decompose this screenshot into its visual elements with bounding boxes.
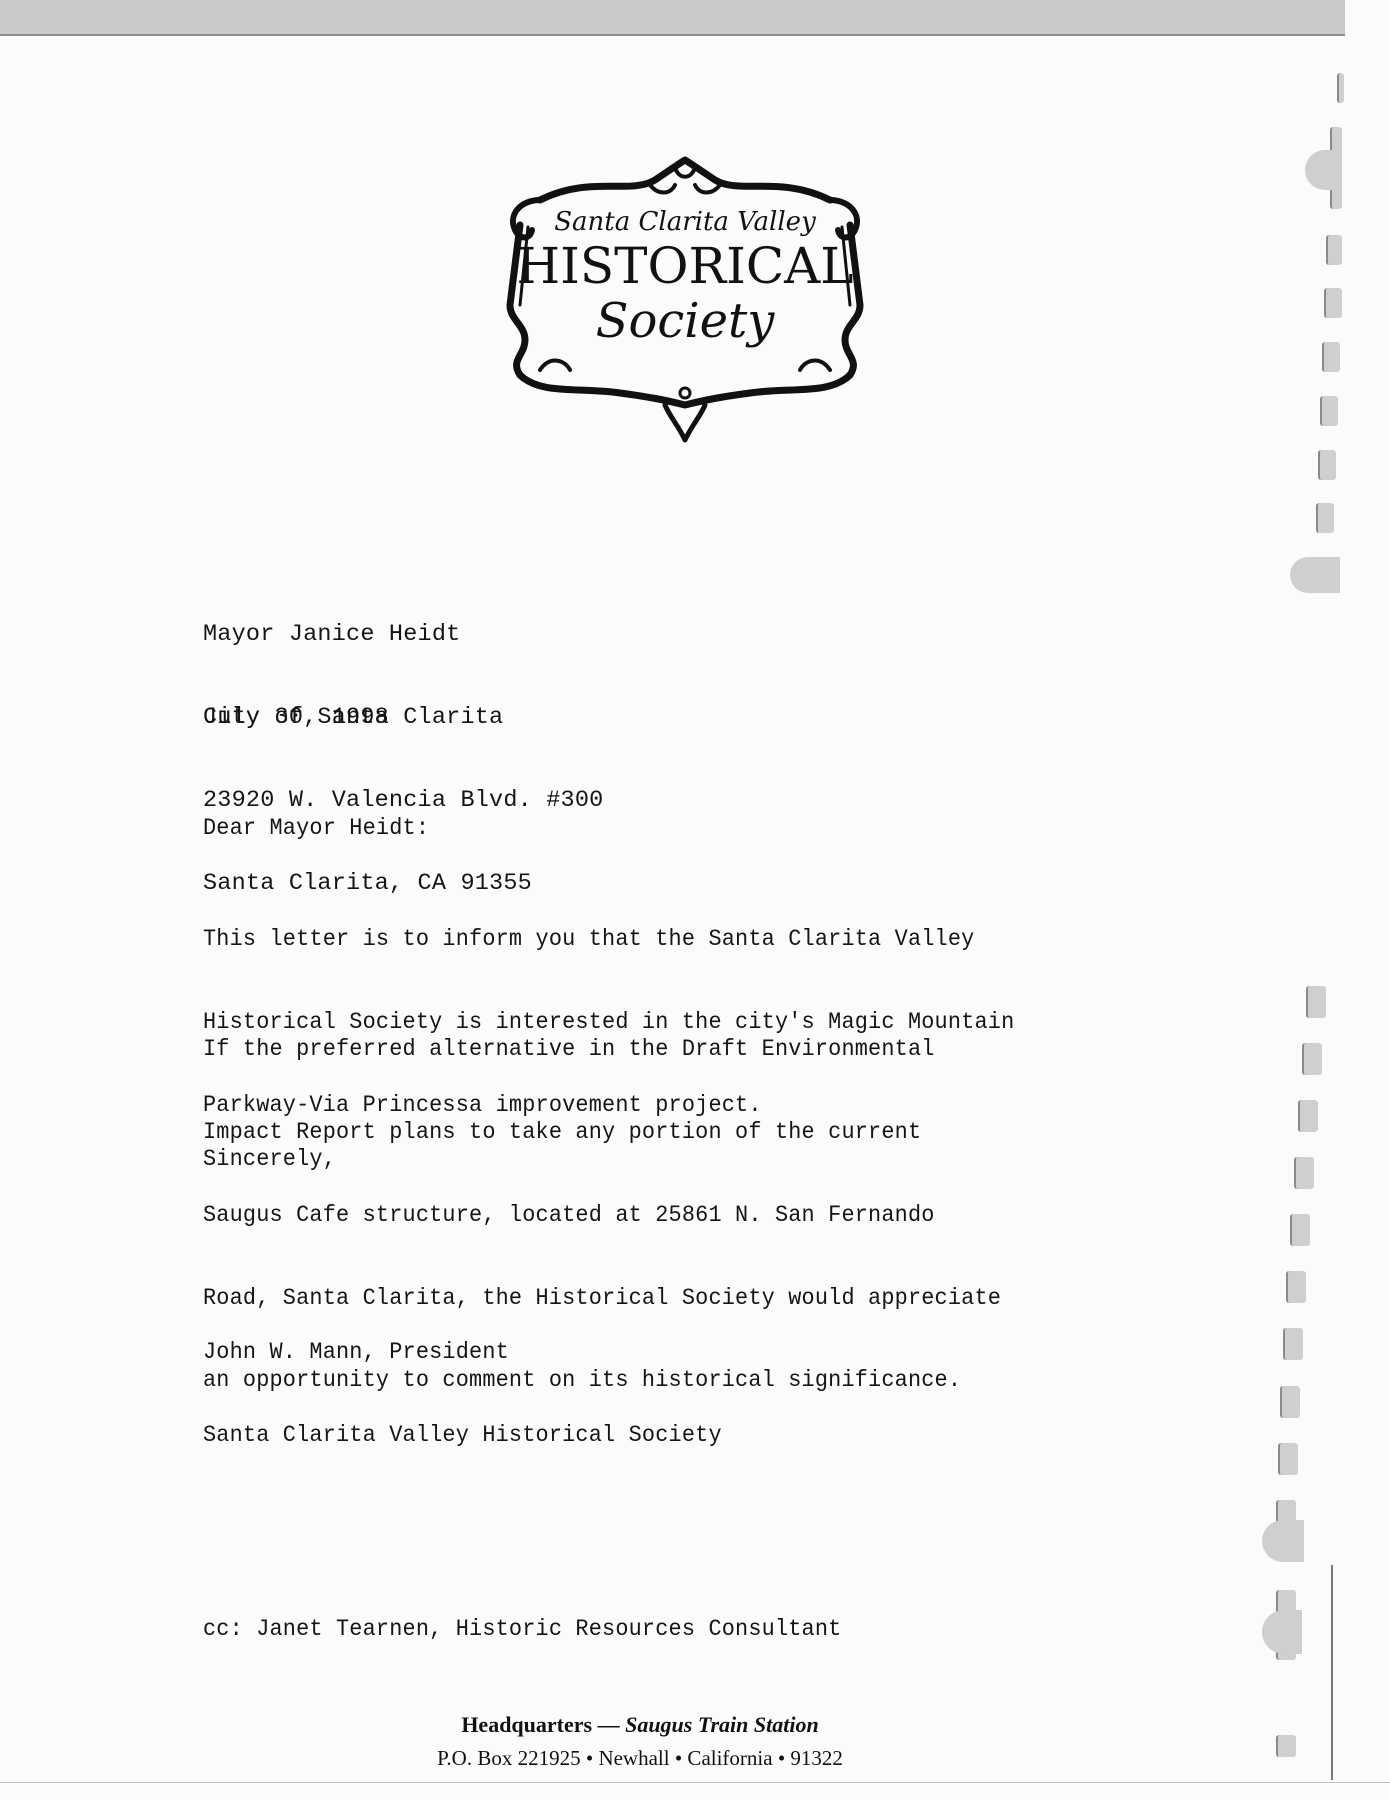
paragraph-line: If the preferred alternative in the Draf… bbox=[203, 1036, 1001, 1064]
binder-hole-icon bbox=[1322, 342, 1340, 372]
recipient-name: Mayor Janice Heidt bbox=[203, 621, 603, 649]
binder-tab-icon bbox=[1305, 150, 1340, 190]
binder-hole-icon bbox=[1283, 1328, 1303, 1360]
binder-hole-icon bbox=[1294, 1157, 1314, 1189]
binder-hole-icon bbox=[1326, 235, 1342, 265]
binder-hole-icon bbox=[1302, 1043, 1322, 1075]
page-edge-line bbox=[1331, 1565, 1333, 1780]
salutation: Dear Mayor Heidt: bbox=[203, 815, 429, 843]
recipient-street: 23920 W. Valencia Blvd. #300 bbox=[203, 787, 603, 815]
paragraph-line: This letter is to inform you that the Sa… bbox=[203, 926, 1014, 954]
paragraph-line: Impact Report plans to take any portion … bbox=[203, 1119, 1001, 1147]
binder-hole-icon bbox=[1290, 1214, 1310, 1246]
binder-hole-icon bbox=[1316, 503, 1334, 533]
binder-hole-icon bbox=[1318, 450, 1336, 480]
signer-organization: Santa Clarita Valley Historical Society bbox=[203, 1422, 722, 1450]
scan-bottom-edge bbox=[0, 1782, 1390, 1783]
binder-hole-icon bbox=[1276, 1735, 1296, 1757]
binder-tab-icon bbox=[1262, 1610, 1302, 1654]
paragraph-line: Saugus Cafe structure, located at 25861 … bbox=[203, 1202, 1001, 1230]
logo-line-1: Santa Clarita Valley bbox=[480, 207, 890, 237]
binder-hole-icon bbox=[1298, 1100, 1318, 1132]
footer-headquarters: Headquarters — Saugus Train Station bbox=[90, 1712, 1190, 1738]
binder-hole-icon bbox=[1280, 1386, 1300, 1418]
hq-location: Saugus Train Station bbox=[625, 1712, 819, 1737]
binder-hole-icon bbox=[1320, 396, 1338, 426]
closing: Sincerely, bbox=[203, 1146, 336, 1174]
scan-top-band bbox=[0, 0, 1345, 36]
bleed-through-text bbox=[1185, 200, 1191, 230]
binder-tab-icon bbox=[1290, 557, 1340, 593]
signer-name-title: John W. Mann, President bbox=[203, 1339, 722, 1367]
binder-hole-icon bbox=[1278, 1443, 1298, 1475]
signature-block: John W. Mann, President Santa Clarita Va… bbox=[203, 1284, 722, 1477]
cc-line: cc: Janet Tearnen, Historic Resources Co… bbox=[203, 1616, 841, 1644]
letter-date: July 30, 1998 bbox=[203, 704, 389, 732]
binder-hole-icon bbox=[1324, 288, 1342, 318]
logo-line-3: Society bbox=[480, 293, 890, 349]
logo-line-2: HISTORICAL bbox=[480, 237, 890, 295]
binder-hole-icon bbox=[1306, 986, 1326, 1018]
historical-society-logo: Santa Clarita Valley HISTORICAL Society bbox=[480, 155, 890, 445]
binder-hole-icon bbox=[1286, 1271, 1306, 1303]
binder-tab-icon bbox=[1262, 1520, 1304, 1562]
binder-hole-icon bbox=[1337, 73, 1344, 103]
hq-label: Headquarters — bbox=[461, 1712, 619, 1737]
footer-address: P.O. Box 221925 • Newhall • California •… bbox=[90, 1746, 1190, 1771]
